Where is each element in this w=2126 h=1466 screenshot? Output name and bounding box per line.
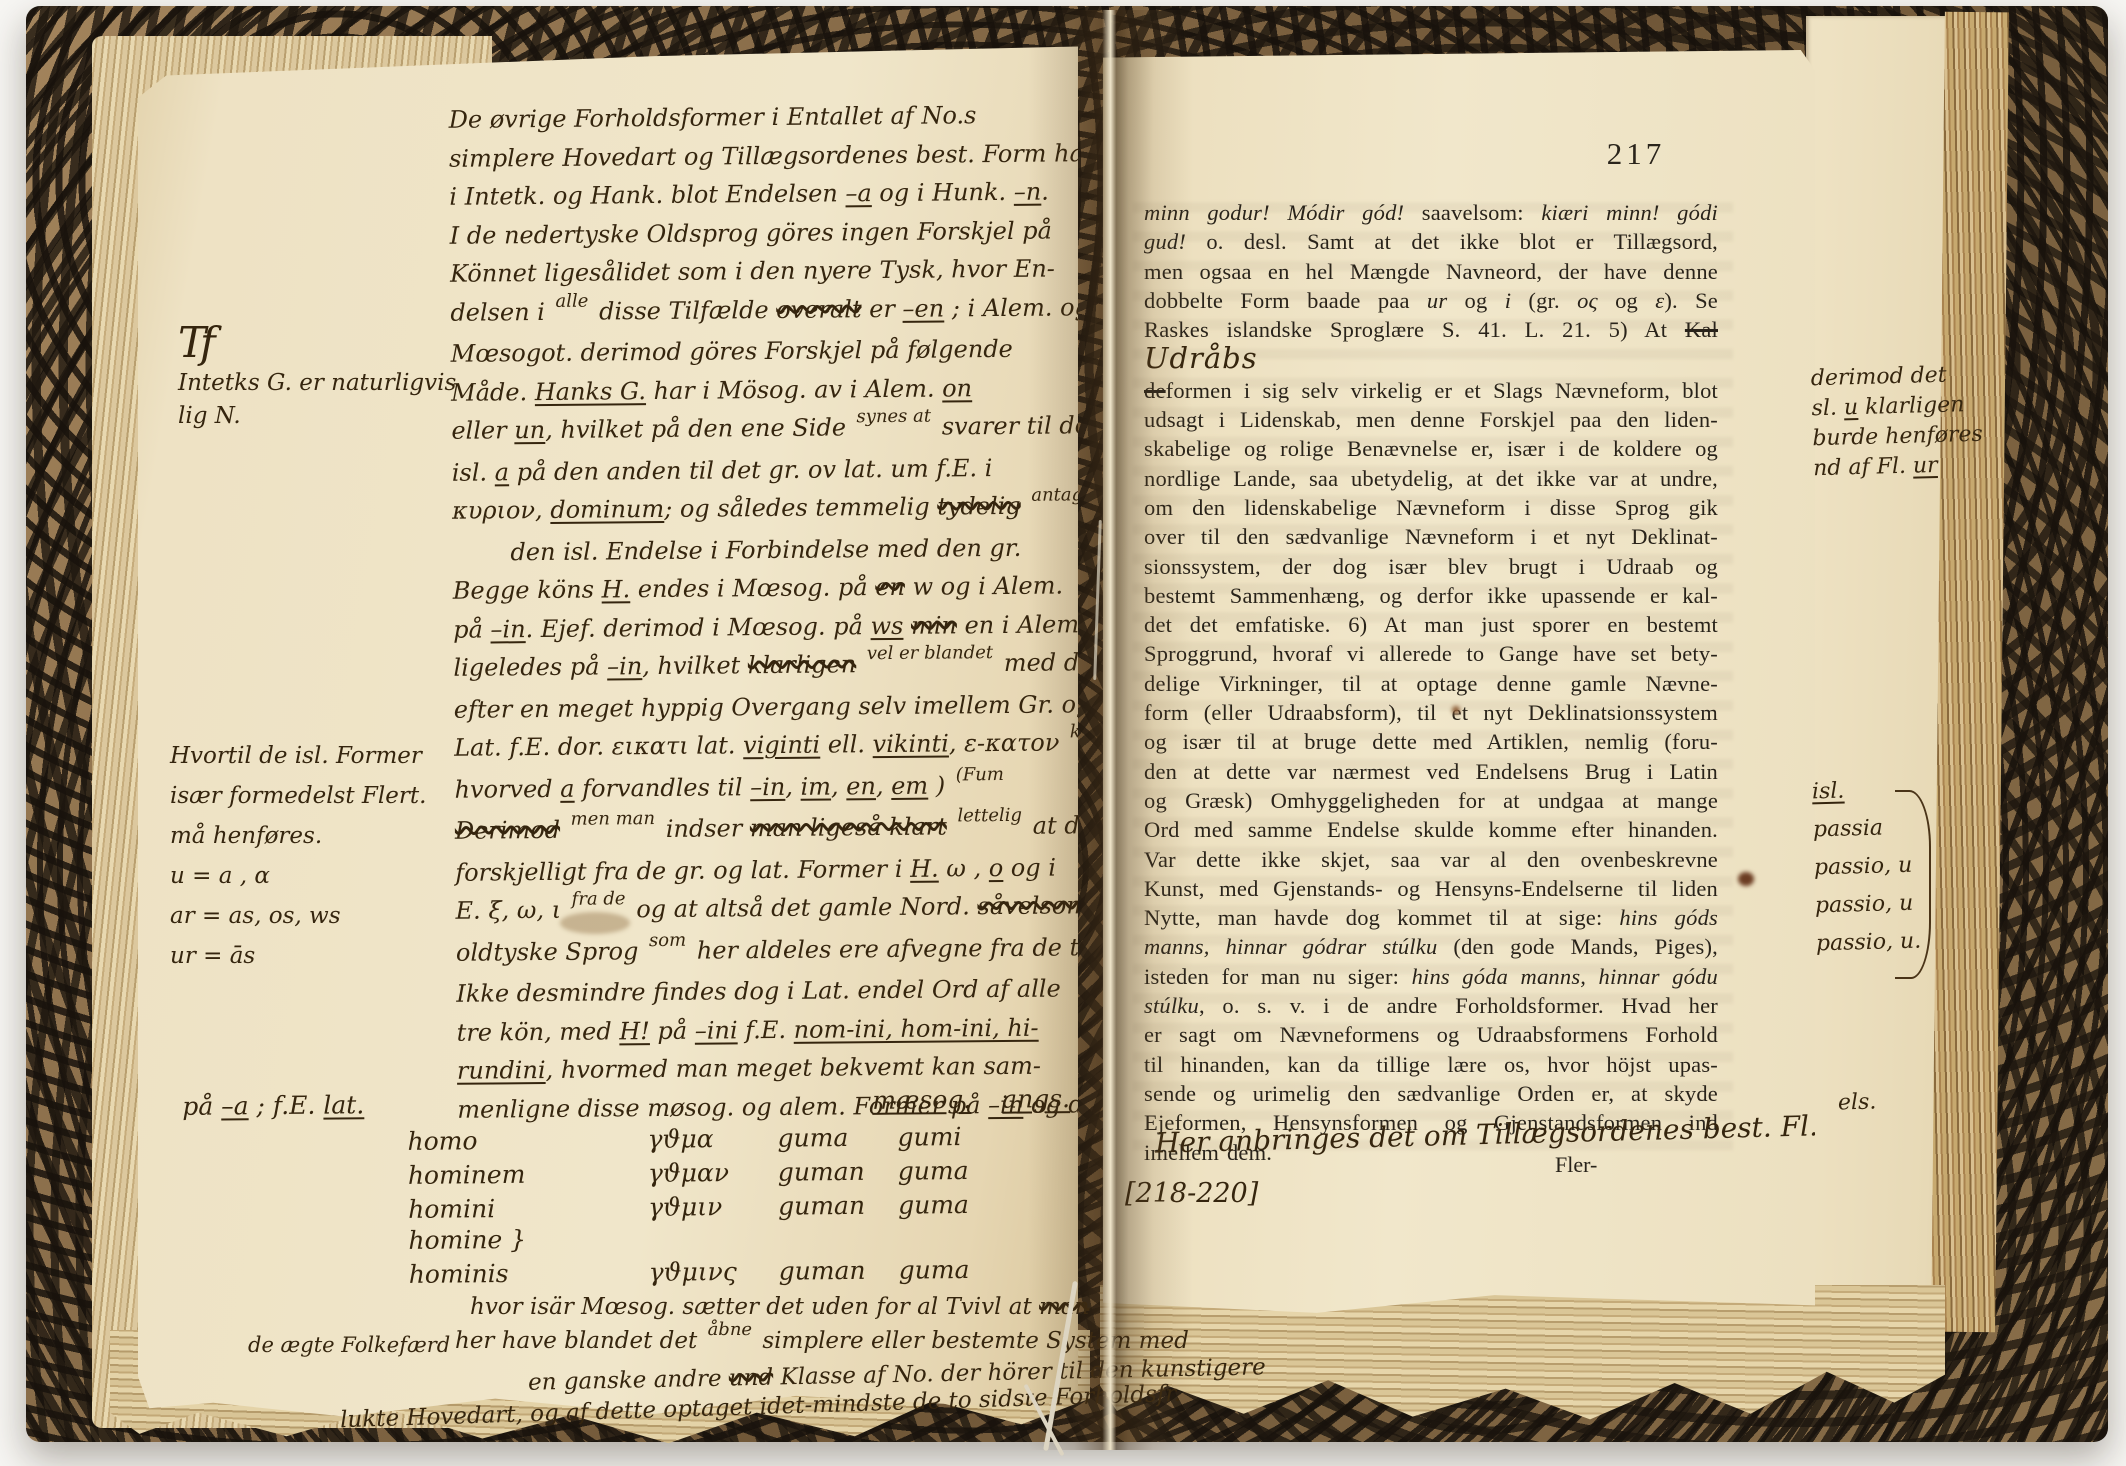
handwritten-line: delsen i alle disse Tilfælde overalt er … (450, 288, 1090, 335)
book-photograph: 217 minn godur! Módir gód! saavelsom: ki… (0, 0, 2126, 1466)
table-cell: guman (778, 1190, 898, 1222)
strip-notes-top: derimod detsl. u klarligenburde henføres… (1810, 360, 1984, 484)
printed-line: er sagt om Nævneformens og Udraabsformen… (1144, 1020, 1718, 1049)
printed-line: manns, hinnar gódrar stúlku (den gode Ma… (1144, 932, 1718, 961)
strip-note-line: derimod det (1810, 360, 1981, 394)
table-cell: guma (899, 1253, 1069, 1285)
printed-line: over til den sædvanlige Nævneform i et n… (1144, 522, 1718, 551)
handwritten-line: Begge köns H. endes i Mœsog. på en w og … (453, 566, 1093, 610)
printed-line: gud! o. desl. Samt at det ikke blot er T… (1144, 227, 1718, 256)
table-cell: γϑμαν (648, 1157, 778, 1189)
smudge-stain (560, 912, 630, 934)
table-cell: homo (407, 1124, 647, 1157)
handwritten-line: Ikke desmindre findes dog i Lat. endel O… (456, 969, 1096, 1013)
margin-note-line: Intetks G. er naturligvis (178, 367, 456, 400)
table-cell: gumi (897, 1120, 1067, 1152)
printed-line: Nytte, man havde dog kommet til at sige:… (1144, 903, 1718, 932)
table-cell: γϑμιν (648, 1191, 778, 1223)
margin-note-line: ar = as, os, ws (170, 896, 426, 936)
printed-line: deformen i sig selv virkelig er et Slags… (1144, 376, 1718, 405)
margin-note-line: især formedelst Flert. (170, 776, 426, 816)
strip-note-bottom: els. (1838, 1088, 1877, 1119)
manuscript-text: De øvrige Forholdsformer i Entallet af N… (449, 95, 1098, 1129)
handwritten-line: eller un, hvilket på den ene Side synes … (451, 406, 1091, 453)
printed-line: og især til at bruge dette med Artiklen,… (1144, 727, 1718, 756)
margin-note-line: må henføres. (170, 816, 426, 856)
margin-note-top-lines: Intetks G. er naturligvislig N. (178, 367, 456, 433)
margin-note-line: u = a , α (170, 856, 426, 896)
left-page: De øvrige Forholdsformer i Entallet af N… (138, 34, 1078, 1418)
declension-table: på –a ; f.E. lat.mæsog.angs.isl. homoγϑμ… (407, 1083, 1069, 1293)
strip-note-line: sl. u klarligen (1811, 390, 1982, 424)
handwritten-line: isl. a på den anden til det gr. ov lat. … (452, 448, 1092, 492)
handwritten-line: tre kön, med H! på –ini f.E. nom-ini, ho… (456, 1008, 1096, 1052)
handwritten-line: forskjelligt fra de gr. og lat. Former i… (455, 848, 1095, 892)
printed-line: til hinanden, kan da tillige lære os, hv… (1144, 1050, 1718, 1079)
printed-line: minn godur! Módir gód! saavelsom: kiæri … (1144, 198, 1718, 227)
printed-line: udsagt i Lidenskab, men denne Forskjel p… (1144, 405, 1718, 434)
table-header-cell: mæsog. (872, 1084, 1002, 1116)
handwritten-page-ref: [218-220] (1125, 1178, 1258, 1209)
handwritten-line: I de nedertyske Oldsprog göres ingen For… (450, 211, 1090, 255)
handwritten-line: Måde. Hanks G. har i Mösog. av i Alem. o… (451, 368, 1091, 412)
handwritten-line: efter en meget hyppig Overgang selv imel… (454, 685, 1094, 729)
catchword: Fler- (1555, 1152, 1597, 1178)
handwritten-line: hvor isär Mœsog. sætter det uden for al … (470, 1288, 1089, 1327)
handwritten-line: Mœsogot. derimod göres Forskjel på følge… (451, 329, 1091, 373)
printed-line: skabelige og rolige Benævnelse er, især … (1144, 434, 1718, 463)
printed-line: isteden for man nu siger: hins góda mann… (1144, 962, 1718, 991)
page-number: 217 (1581, 136, 1691, 172)
printed-line: nordlige Lande, saa ubetydelig, at det i… (1144, 464, 1718, 493)
printed-text: minn godur! Módir gód! saavelsom: kiæri … (1144, 198, 1718, 1167)
table-cell: guma (898, 1154, 1068, 1186)
table-row: hominisγϑμινςgumanguma (409, 1253, 1069, 1290)
printed-line: Ord med samme Endelse skulde komme efter… (1144, 815, 1718, 844)
printed-line: delige Virkninger, til at optage denne g… (1144, 669, 1718, 698)
handwritten-line: oldtyske Sprog som her aldeles ere afveg… (456, 928, 1096, 975)
margin-bracket (1895, 790, 1931, 979)
handwritten-line: κυριον, dominum; og således temmelig tyd… (452, 486, 1092, 533)
table-cell: hominis (409, 1257, 649, 1290)
printed-line: sende og urimelig den sædvanlige Orden e… (1144, 1079, 1718, 1108)
handwritten-line: Könnet ligesålidet som i den nyere Tysk,… (450, 249, 1090, 293)
ink-stain (1738, 872, 1754, 886)
table-row: homini homine }γϑμινgumanguma (408, 1188, 1069, 1256)
table-cell: guman (778, 1156, 898, 1188)
table-cell: guma (898, 1188, 1068, 1220)
handwritten-line: Derimod men man indser man ligeså klart … (455, 806, 1095, 853)
margin-note-line: lig N. (178, 400, 456, 433)
margin-note-top: Tf Intetks G. er naturligvislig N. (178, 334, 456, 433)
right-page: 217 minn godur! Módir gód! saavelsom: ki… (1103, 50, 1815, 1318)
printed-line: og Græsk) Omhyggeligheden for at undgaa … (1144, 786, 1718, 815)
strip-note-line: nd af Fl. ur (1813, 450, 1984, 484)
printed-line: Raskes islandske Sproglære S. 41. L. 21.… (1144, 315, 1718, 376)
printed-line: stúlku, o. s. v. i de andre Forholdsform… (1144, 991, 1718, 1020)
table-cell: γϑμα (647, 1123, 777, 1155)
printed-line: Kunst, med Gjenstands- og Hensyns-Endels… (1144, 874, 1718, 903)
table-cell: hominem (408, 1158, 648, 1191)
table-header-cell: på –a ; f.E. lat. (182, 1085, 872, 1122)
ink-stain (1452, 706, 1460, 714)
table-body: homoγϑμαgumagumi hominemγϑμανgumanguma h… (407, 1120, 1068, 1290)
handwritten-line: simplere Hovedart og Tillægsordenes best… (449, 134, 1089, 178)
printed-line: sionssystem, der dog især blev brugt i U… (1144, 552, 1718, 581)
printed-line: dobbelte Form baade paa ur og i (gr. ος … (1144, 286, 1718, 315)
printed-line: Sproggrund, hvoraf vi allerede to Gange … (1144, 639, 1718, 668)
margin-note-line: ur = ās (170, 936, 426, 976)
printed-line: om den lidenskabelige Nævneform i disse … (1144, 493, 1718, 522)
table-cell: guman (779, 1255, 899, 1287)
table-row: hominemγϑμανgumanguma (408, 1154, 1068, 1191)
margin-note-mid: Hvortil de isl. Formerisær formedelst Fl… (170, 736, 426, 976)
handwritten-line: i Intetk. og Hank. blot Endelsen –a og i… (449, 172, 1089, 216)
table-cell: guma (777, 1122, 897, 1154)
insertion-mark: Tf (178, 318, 210, 367)
printed-line: men ogsaa en hel Mængde Navneord, der ha… (1144, 257, 1718, 286)
table-header-row: på –a ; f.E. lat.mæsog.angs.isl. (407, 1083, 1067, 1120)
handwritten-line: E. ξ, ω, ι fra de og at altså det gamle … (455, 886, 1095, 933)
margin-note-line: Hvortil de isl. Former (170, 736, 426, 776)
table-cell: homini homine } (408, 1192, 649, 1256)
printed-line: den at dette var nærmest ved Endelsens B… (1144, 757, 1718, 786)
handwritten-line: ligeledes på –in, hvilket klarligen vel … (453, 643, 1093, 690)
printed-line: form (eller Udraabsform), til et nyt Dek… (1144, 698, 1718, 727)
strip-note-line: burde henføres (1812, 420, 1983, 454)
table-row: homoγϑμαgumagumi (407, 1120, 1067, 1157)
handwritten-line: den isl. Endelse i Forbindelse med den g… (452, 528, 1092, 572)
handwritten-line: De øvrige Forholdsformer i Entallet af N… (449, 95, 1089, 139)
printed-line: det det emfatiske. 6) At man just sporer… (1144, 610, 1718, 639)
handwritten-line: på –in. Ejef. derimod i Mœsog. på ws min… (453, 605, 1093, 649)
printed-line: bestemt Sammenhæng, og derfor ikke upass… (1144, 581, 1718, 610)
printed-line: Var dette ikke skjet, saa var al den ove… (1144, 845, 1718, 874)
margin-note-bottom: de ægte Folkefærd (248, 1326, 450, 1365)
table-cell: γϑμινς (649, 1256, 779, 1288)
